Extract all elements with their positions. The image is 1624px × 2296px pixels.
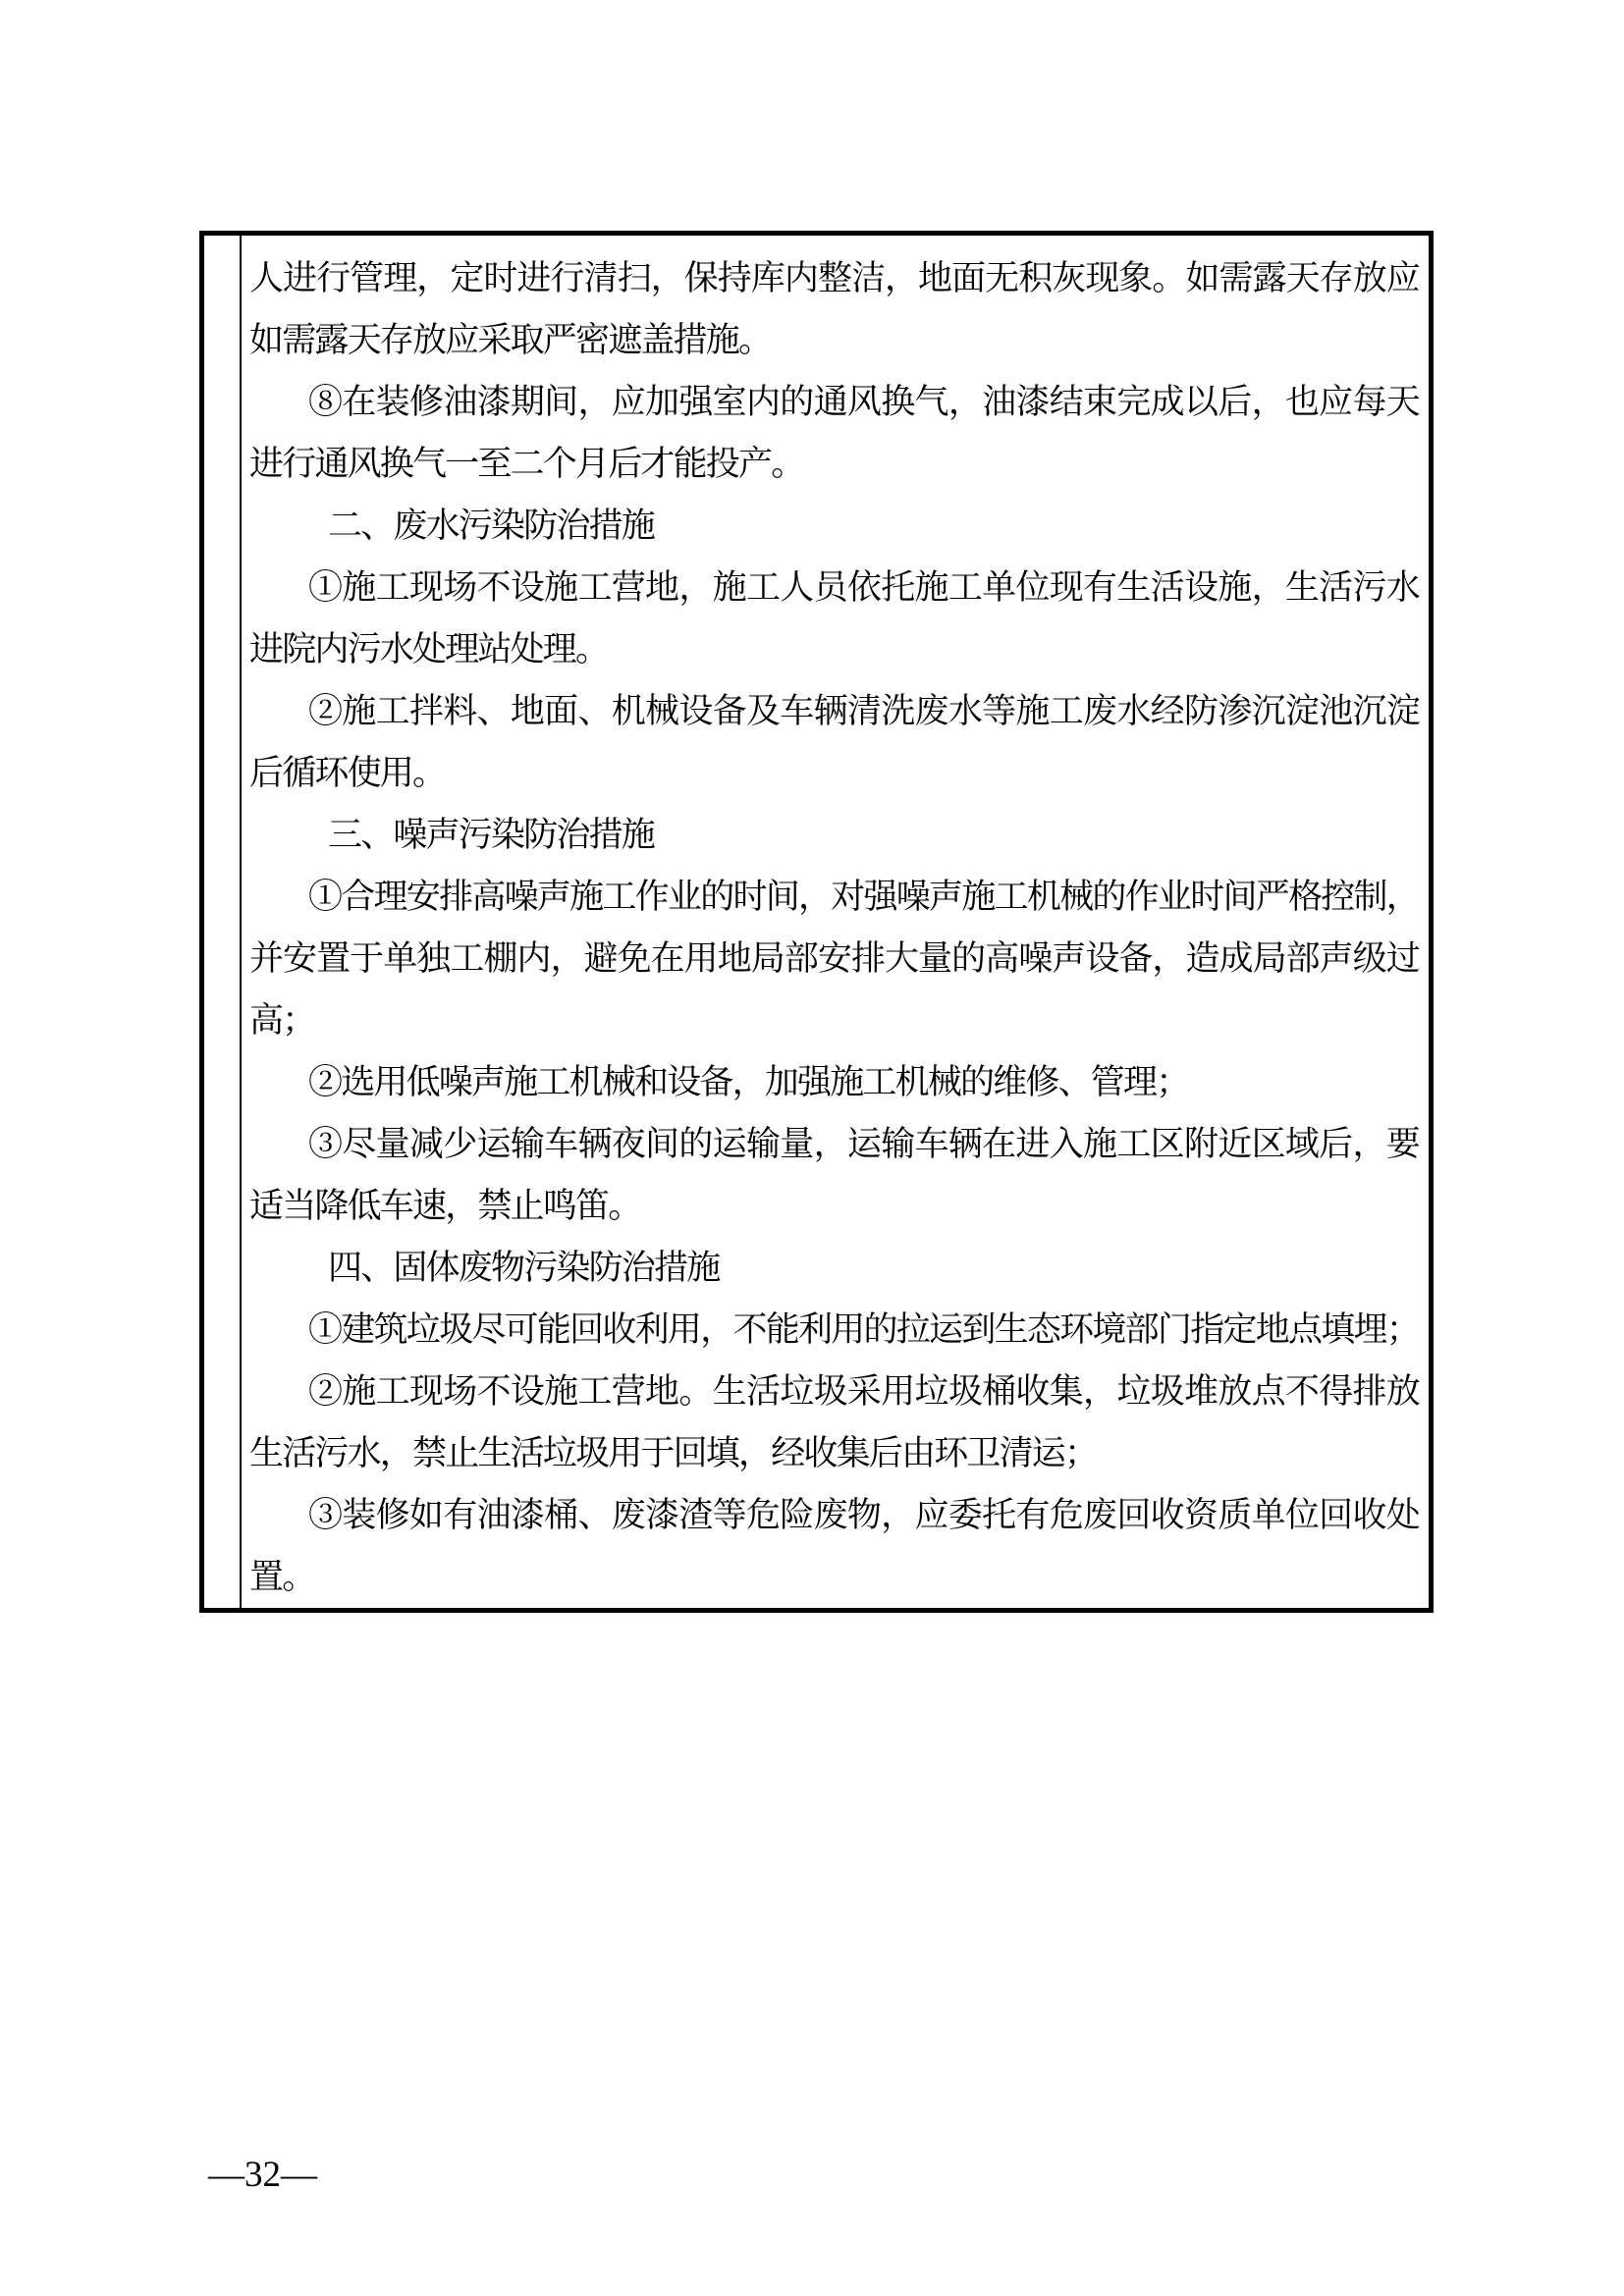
text-line: ③装修如有油漆桶、废漆渣等危险废物，应委托有危废回收资质单位回收处 [249,1484,1419,1546]
document-page: 人进行管理，定时进行清扫，保持库内整洁，地面无积灰现象。如需露天存放应如需露天存… [0,0,1624,2296]
text-line: 四、固体废物污染防治措施 [249,1237,1419,1299]
text-line: 进院内污水处理站处理。 [249,618,1419,680]
text-line: 适当降低车速，禁止鸣笛。 [249,1175,1419,1237]
text-line: ①建筑垃圾尽可能回收利用，不能利用的拉运到生态环境部门指定地点填埋； [249,1299,1419,1361]
text-line: 生活污水，禁止生活垃圾用于回填，经收集后由环卫清运； [249,1422,1419,1484]
text-line: ①合理安排高噪声施工作业的时间，对强噪声施工机械的作业时间严格控制， [249,866,1419,928]
text-line: ②施工拌料、地面、机械设备及车辆清洗废水等施工废水经防渗沉淀池沉淀 [249,680,1419,742]
text-line: 二、废水污染防治措施 [249,495,1419,557]
text-line: ①施工现场不设施工营地，施工人员依托施工单位现有生活设施，生活污水 [249,557,1419,618]
table-content-cell: 人进行管理，定时进行清扫，保持库内整洁，地面无积灰现象。如需露天存放应如需露天存… [242,236,1429,1608]
text-line: ⑧在装修油漆期间，应加强室内的通风换气，油漆结束完成以后，也应每天 [249,371,1419,433]
page-number: —32— [208,2156,317,2195]
text-line: 后循环使用。 [249,742,1419,804]
text-line: 置。 [249,1546,1419,1608]
text-line: 人进行管理，定时进行清扫，保持库内整洁，地面无积灰现象。如需露天存放应 [249,247,1419,309]
text-line: 如需露天存放应采取严密遮盖措施。 [249,309,1419,371]
text-line: 进行通风换气一至二个月后才能投产。 [249,433,1419,495]
text-line: ②施工现场不设施工营地。生活垃圾采用垃圾桶收集，垃圾堆放点不得排放 [249,1361,1419,1422]
text-line: 高； [249,989,1419,1051]
table-cell-border: 人进行管理，定时进行清扫，保持库内整洁，地面无积灰现象。如需露天存放应如需露天存… [199,231,1434,1613]
table-row-label-cell-empty [204,236,242,1608]
text-line: ②选用低噪声施工机械和设备，加强施工机械的维修、管理； [249,1051,1419,1113]
text-line: 三、噪声污染防治措施 [249,804,1419,866]
text-line: ③尽量减少运输车辆夜间的运输量，运输车辆在进入施工区附近区域后，要 [249,1113,1419,1175]
text-line: 并安置于单独工棚内，避免在用地局部安排大量的高噪声设备，造成局部声级过 [249,928,1419,989]
